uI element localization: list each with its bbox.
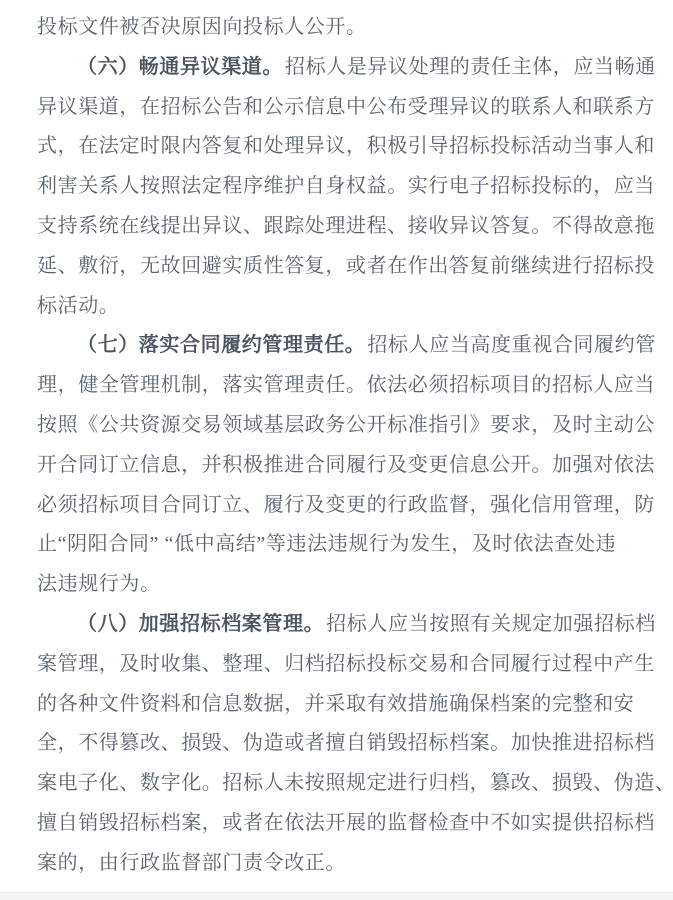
- line-text: 法违规行为。: [37, 573, 161, 595]
- text-line: 投标文件被否决原因向投标人公开。: [35, 8, 643, 48]
- text-line: 利害关系人按照法定程序维护自身权益。实行电子招标投标的，应当: [35, 167, 643, 207]
- text-line: 案电子化、数字化。招标人未按照规定进行归档，篡改、损毁、伪造、: [35, 764, 643, 804]
- line-text: 支持系统在线提出异议、跟踪处理进程、接收异议答复。不得故意拖: [37, 215, 655, 237]
- text-line: 必须招标项目合同订立、履行及变更的行政监督，强化信用管理，防: [35, 486, 643, 526]
- line-text: 投标文件被否决原因向投标人公开。: [37, 16, 367, 38]
- line-text: 案电子化、数字化。招标人未按照规定进行归档，篡改、损毁、伪造、: [37, 772, 673, 794]
- text-line: 全，不得篡改、损毁、伪造或者擅自销毁招标档案。加快推进招标档: [35, 724, 643, 764]
- line-text: 利害关系人按照法定程序维护自身权益。实行电子招标投标的，应当: [37, 175, 655, 197]
- text-line: 案的，由行政监督部门责令改正。: [35, 844, 643, 884]
- line-text: 开合同订立信息，并积极推进合同履行及变更信息公开。加强对依法: [37, 454, 655, 476]
- line-text: 案管理，及时收集、整理、归档招标投标交易和合同履行过程中产生: [37, 653, 655, 675]
- paragraph-start-line: （六）畅通异议渠道。招标人是异议处理的责任主体，应当畅通: [35, 48, 643, 88]
- text-line: 案管理，及时收集、整理、归档招标投标交易和合同履行过程中产生: [35, 645, 643, 685]
- page-bottom-edge: [0, 892, 673, 900]
- text-line: 的各种文件资料和信息数据，并采取有效措施确保档案的完整和安: [35, 685, 643, 725]
- line-text: 擅自销毁招标档案，或者在依法开展的监督检查中不如实提供招标档: [37, 812, 655, 834]
- line-text: 延、敷衍，无故回避实质性答复，或者在作出答复前继续进行招标投: [37, 255, 655, 277]
- line-text: 式，在法定时限内答复和处理异议，积极引导招标投标活动当事人和: [37, 135, 655, 157]
- text-line: 擅自销毁招标档案，或者在依法开展的监督检查中不如实提供招标档: [35, 804, 643, 844]
- line-text: 理，健全管理机制，落实管理责任。依法必须招标项目的招标人应当: [37, 374, 655, 396]
- line-text: 招标人应当高度重视合同履约管: [367, 334, 655, 356]
- line-text: 按照《公共资源交易领域基层政务公开标准指引》要求，及时主动公: [37, 414, 655, 436]
- line-text: 止“阴阳合同” “低中高结”等违法违规行为发生，及时依法查处违: [37, 533, 616, 555]
- text-line: 按照《公共资源交易领域基层政务公开标准指引》要求，及时主动公: [35, 406, 643, 446]
- text-line: 支持系统在线提出异议、跟踪处理进程、接收异议答复。不得故意拖: [35, 207, 643, 247]
- paragraph-start-line: （八）加强招标档案管理。招标人应当按照有关规定加强招标档: [35, 605, 643, 645]
- text-line: 止“阴阳合同” “低中高结”等违法违规行为发生，及时依法查处违: [35, 525, 643, 565]
- paragraph-start-line: （七）落实合同履约管理责任。招标人应当高度重视合同履约管: [35, 326, 643, 366]
- text-line: 法违规行为。: [35, 565, 643, 605]
- text-line: 标活动。: [35, 287, 643, 327]
- document-page: 投标文件被否决原因向投标人公开。（六）畅通异议渠道。招标人是异议处理的责任主体，…: [0, 0, 673, 900]
- section-heading: （六）畅通异议渠道。: [77, 56, 283, 78]
- line-text: 案的，由行政监督部门责令改正。: [37, 852, 346, 874]
- section-heading: （八）加强招标档案管理。: [77, 613, 324, 635]
- line-text: 的各种文件资料和信息数据，并采取有效措施确保档案的完整和安: [37, 693, 634, 715]
- text-line: 理，健全管理机制，落实管理责任。依法必须招标项目的招标人应当: [35, 366, 643, 406]
- line-text: 招标人是异议处理的责任主体，应当畅通: [285, 56, 656, 78]
- line-text: 全，不得篡改、损毁、伪造或者擅自销毁招标档案。加快推进招标档: [37, 732, 655, 754]
- text-line: 式，在法定时限内答复和处理异议，积极引导招标投标活动当事人和: [35, 127, 643, 167]
- document-text-block: 投标文件被否决原因向投标人公开。（六）畅通异议渠道。招标人是异议处理的责任主体，…: [0, 0, 673, 884]
- line-text: 标活动。: [37, 295, 119, 317]
- text-line: 开合同订立信息，并积极推进合同履行及变更信息公开。加强对依法: [35, 446, 643, 486]
- text-line: 延、敷衍，无故回避实质性答复，或者在作出答复前继续进行招标投: [35, 247, 643, 287]
- line-text: 必须招标项目合同订立、履行及变更的行政监督，强化信用管理，防: [37, 494, 655, 516]
- text-line: 异议渠道，在招标公告和公示信息中公布受理异议的联系人和联系方: [35, 88, 643, 128]
- line-text: 招标人应当按照有关规定加强招标档: [326, 613, 656, 635]
- section-heading: （七）落实合同履约管理责任。: [77, 334, 365, 356]
- line-text: 异议渠道，在招标公告和公示信息中公布受理异议的联系人和联系方: [37, 96, 655, 118]
